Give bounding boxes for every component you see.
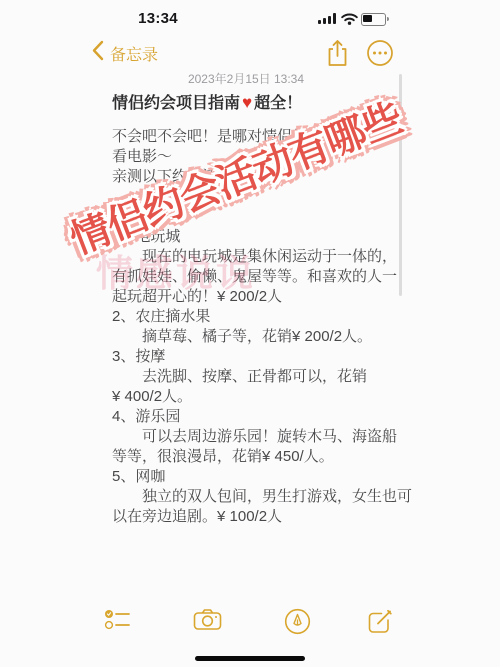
checklist-button[interactable] [104,608,131,636]
more-button[interactable] [366,39,394,72]
nav-bar: 备忘录 [0,36,500,72]
compose-button[interactable] [367,608,394,640]
faint-watermark: 情感说说 [96,243,256,297]
note-line: 2、农庄摘水果 [112,307,412,327]
chevron-left-icon [92,40,104,66]
camera-icon [193,608,222,631]
note-line: 以在旁边追剧。¥ 100/2人 [112,507,412,527]
note-title-text: 情侣约会项目指南 [112,95,240,112]
heart-icon: ♥ [240,93,254,112]
note-line: ¥ 400/2人。 [112,387,412,407]
ellipsis-circle-icon [366,39,394,67]
note-line: 摘草莓、橘子等，花销¥ 200/2人。 [112,327,412,347]
note-title-suffix: 超全！ [254,95,302,112]
battery-icon [361,13,386,26]
share-button[interactable] [325,39,350,73]
note-line: 3、按摩 [112,347,412,367]
note-line: 4、游乐园 [112,407,412,427]
note-date: 2023年2月15日 13:34 [0,70,492,87]
notes-app-screen: 13:34 备忘录 [0,0,500,667]
markup-pen-icon [284,608,311,635]
home-indicator[interactable] [195,656,305,661]
note-line: 去洗脚、按摩、正骨都可以，花销 [112,367,412,387]
note-line: 独立的双人包间，男生打游戏，女生也可 [112,487,412,507]
clock-time: 13:34 [122,10,194,27]
bottom-toolbar [0,600,500,646]
wifi-icon [341,12,358,30]
checklist-icon [104,608,131,631]
note-line: 等等，很浪漫昂，花销¥ 450/人。 [112,447,412,467]
note-title: 情侣约会项目指南♥超全！ [112,90,302,113]
camera-button[interactable] [193,608,222,636]
note-line: 可以去周边游乐园！旋转木马、海盗船 [112,427,412,447]
note-line: 5、网咖 [112,467,412,487]
back-label: 备忘录 [110,42,158,65]
share-icon [325,39,350,68]
markup-button[interactable] [284,608,311,640]
back-button[interactable]: 备忘录 [92,40,158,66]
compose-icon [367,608,394,635]
scrollbar[interactable] [399,74,402,296]
cellular-signal-icon [318,13,337,24]
